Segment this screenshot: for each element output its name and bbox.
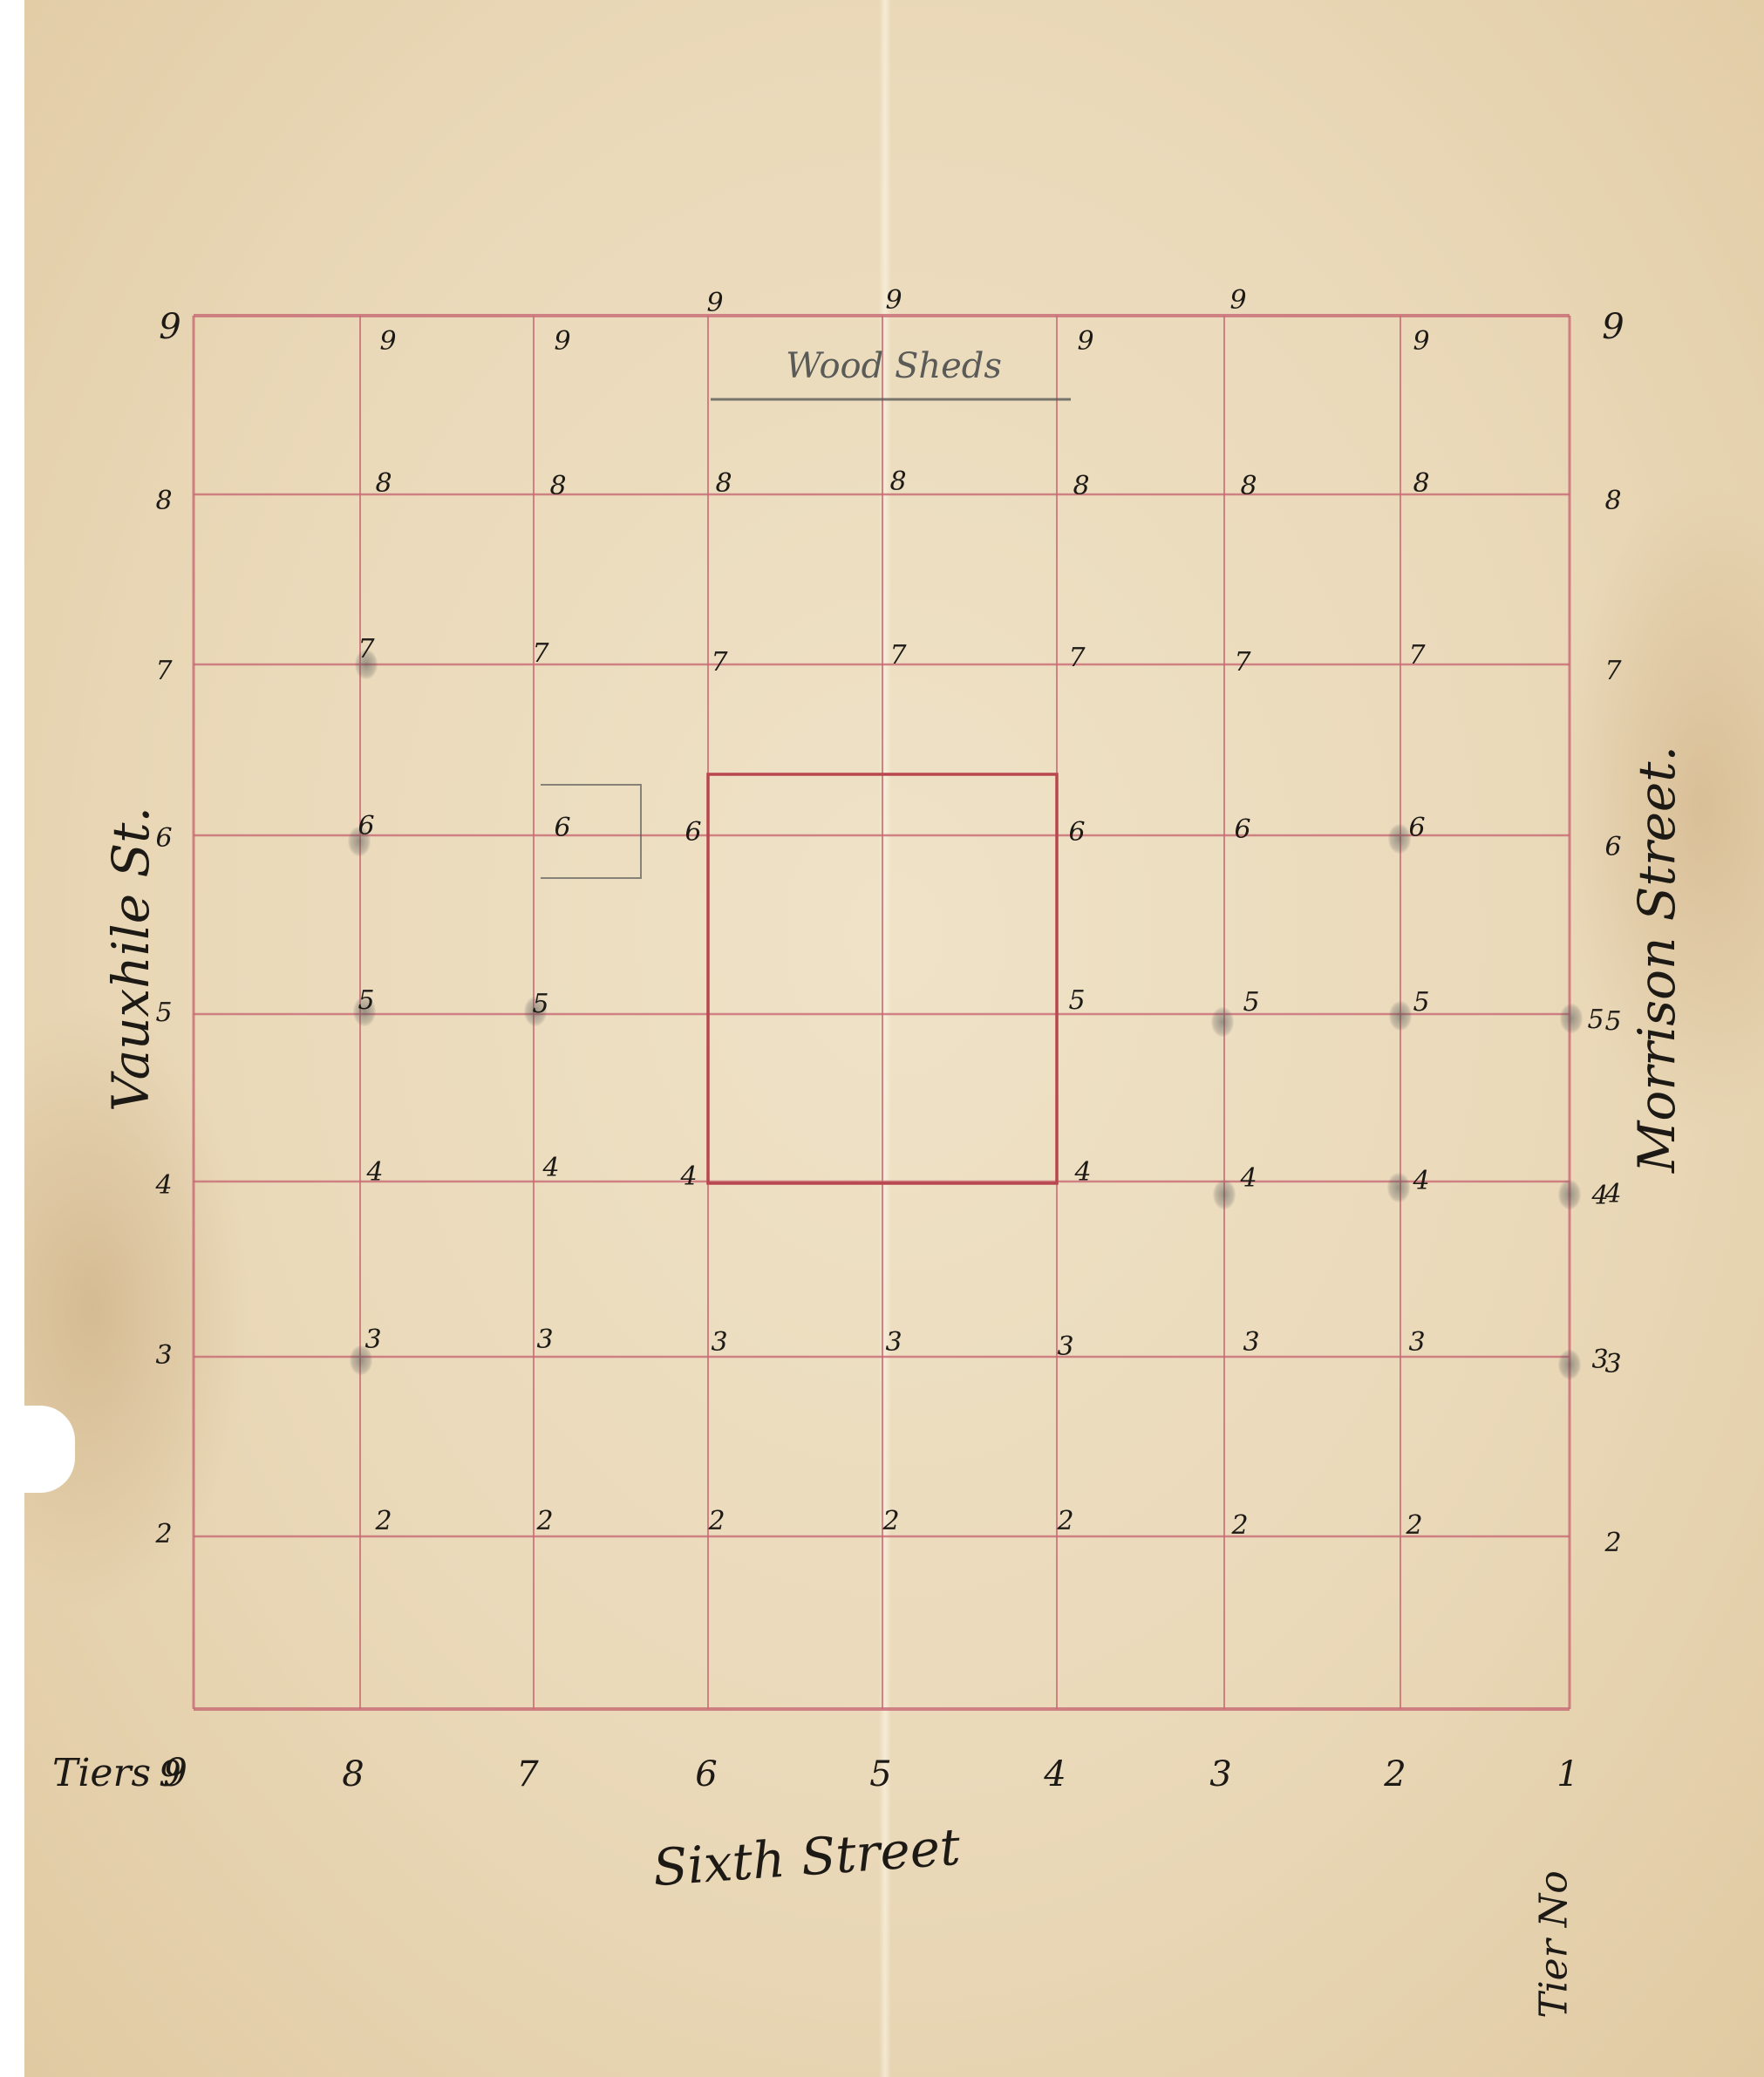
lot-number: 2 xyxy=(708,1508,725,1535)
row-label-left: 8 xyxy=(155,488,172,514)
lot-number: 2 xyxy=(375,1508,392,1535)
row-label-left: 4 xyxy=(155,1173,172,1199)
tiers-label: Tiers 9 xyxy=(52,1751,187,1795)
lot-number: 7 xyxy=(889,643,906,669)
lot-number: 7 xyxy=(532,641,548,667)
row-label-left: 9 xyxy=(159,310,180,344)
pencil-smudge-mark xyxy=(1213,1180,1236,1209)
lot-number: 5 xyxy=(532,991,548,1018)
lot-number: 2 xyxy=(536,1508,553,1535)
tier-number-bottom: 3 xyxy=(1209,1757,1231,1792)
pencil-smudge-mark xyxy=(1211,1007,1234,1037)
lot-number: 8 xyxy=(1073,473,1089,500)
tier-number-bottom: 1 xyxy=(1556,1757,1578,1792)
lot-number: 9 xyxy=(379,329,396,355)
tier-number-bottom: 7 xyxy=(516,1757,538,1792)
lot-number: 3 xyxy=(885,1330,902,1356)
lot-number: 2 xyxy=(1406,1513,1422,1539)
lot-number: 2 xyxy=(882,1508,899,1535)
lot-number: 8 xyxy=(889,469,906,495)
lot-number: 6 xyxy=(554,815,570,841)
lot-number: 7 xyxy=(711,650,727,676)
lot-number: 4 xyxy=(1413,1168,1429,1195)
lot-number: 6 xyxy=(1408,815,1425,841)
row-label-right: 6 xyxy=(1604,834,1621,861)
lot-number: 9 xyxy=(1077,329,1093,355)
lot-number: 5 xyxy=(1413,990,1429,1016)
row-label-left: 7 xyxy=(155,658,172,684)
lot-number: 3 xyxy=(1408,1330,1425,1356)
lot-number: 5 xyxy=(358,988,374,1014)
lot-number: 8 xyxy=(715,471,732,497)
lot-number: 3 xyxy=(711,1330,727,1356)
row-label-right: 5 xyxy=(1604,1009,1621,1035)
lot-number: 2 xyxy=(1231,1513,1248,1539)
lot-number: 5 xyxy=(1068,988,1085,1014)
tier-number-bottom: 2 xyxy=(1384,1757,1406,1792)
row-label-left: 2 xyxy=(155,1522,172,1548)
lot-number: 3 xyxy=(364,1327,381,1353)
pencil-smudge-mark xyxy=(1388,824,1411,854)
lot-number: 3 xyxy=(1243,1330,1259,1356)
lot-number: 4 xyxy=(1591,1183,1608,1209)
tier-no-label: Tier No xyxy=(1532,1870,1577,2018)
lot-number: 4 xyxy=(1240,1166,1257,1192)
lot-number: 7 xyxy=(1068,645,1085,671)
lot-number: 3 xyxy=(536,1327,553,1353)
pencil-smudge-mark xyxy=(1387,1173,1410,1202)
row-label-right: 9 xyxy=(1602,310,1624,344)
lot-number: 8 xyxy=(375,471,392,497)
lot-number: 7 xyxy=(358,637,374,663)
lot-number: 6 xyxy=(1068,820,1085,846)
lot-number: 6 xyxy=(684,820,701,846)
lot-number: 7 xyxy=(1234,650,1250,676)
lot-number: 9 xyxy=(885,288,902,314)
lot-number: 5 xyxy=(1243,990,1259,1016)
tier-number-bottom: 8 xyxy=(342,1757,364,1792)
street-label-right: Morrison Street. xyxy=(1627,746,1686,1173)
tier-number-bottom: 5 xyxy=(869,1757,891,1792)
tier-number-bottom: 6 xyxy=(695,1757,717,1792)
row-label-left: 3 xyxy=(155,1343,172,1369)
lot-number: 8 xyxy=(549,473,566,500)
pencil-smudge-mark xyxy=(1560,1004,1583,1033)
lot-number: 7 xyxy=(1408,643,1425,669)
lot-number: 8 xyxy=(1413,471,1429,497)
lot-number: 9 xyxy=(706,290,723,317)
lot-number: 8 xyxy=(1240,473,1257,500)
lot-number: 4 xyxy=(366,1160,383,1186)
row-label-right: 2 xyxy=(1604,1530,1621,1556)
row-label-right: 7 xyxy=(1604,658,1621,684)
tier-number-bottom: 4 xyxy=(1044,1757,1066,1792)
lot-number: 6 xyxy=(358,814,374,840)
lot-number: 3 xyxy=(1057,1334,1073,1360)
lot-number: 9 xyxy=(1229,288,1246,314)
pencil-smudge-mark xyxy=(1558,1350,1581,1379)
lot-number: 9 xyxy=(1413,329,1429,355)
lot-number: 4 xyxy=(1074,1160,1091,1186)
lot-number: 5 xyxy=(1587,1007,1604,1033)
street-label-left: Vauxhile St. xyxy=(101,807,160,1112)
lot-number: 6 xyxy=(1234,817,1250,843)
lot-number: 4 xyxy=(680,1164,697,1190)
lot-number: 9 xyxy=(554,329,570,355)
pencil-smudge-mark xyxy=(1558,1180,1581,1209)
wood-sheds-label: Wood Sheds xyxy=(786,346,1002,386)
lot-number: 3 xyxy=(1591,1347,1608,1373)
row-label-right: 8 xyxy=(1604,488,1621,514)
pencil-smudge-mark xyxy=(1389,1001,1412,1031)
lot-number: 2 xyxy=(1057,1508,1073,1535)
lot-number: 4 xyxy=(542,1155,559,1182)
